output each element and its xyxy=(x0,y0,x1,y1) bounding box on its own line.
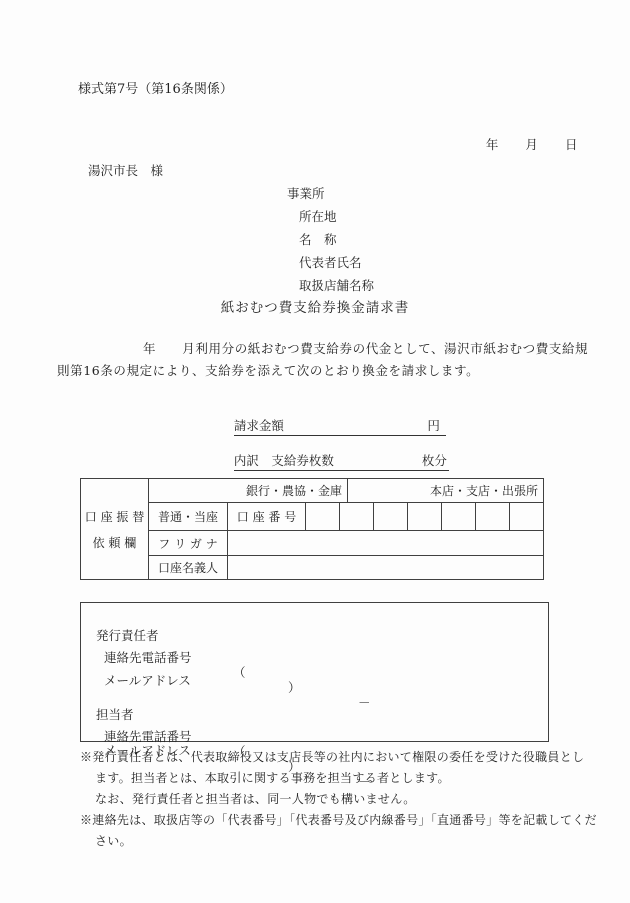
holder-row: 口座名義人 xyxy=(149,555,543,579)
claim-breakdown-label: 内訳 支給券枚数 xyxy=(234,453,334,469)
body-line-1: 年 月利用分の紙おむつ費支給券の代金として、湯沢市紙おむつ費支給規 xyxy=(143,341,588,357)
document-title: 紙おむつ費支給券換金請求書 xyxy=(0,300,630,317)
account-digit-cell xyxy=(339,503,373,530)
account-number-label-cell: 口 座 番 号 xyxy=(227,503,305,530)
account-table-left-header: 口 座 振 替 依 頼 欄 xyxy=(81,479,149,579)
account-number-row: 普通・当座 口 座 番 号 xyxy=(149,502,543,530)
account-type-cell: 普通・当座 xyxy=(149,503,227,530)
claim-amount-label: 請求金額 xyxy=(234,418,284,434)
contact-box: 発行責任者 連絡先電話番号 （ ） － メールアドレス 担当者 連絡先電話番号 … xyxy=(80,602,549,742)
holder-label-cell: 口座名義人 xyxy=(149,556,227,579)
note-line: さい。 xyxy=(95,834,132,849)
account-transfer-table: 口 座 振 替 依 頼 欄 銀行・農協・金庫 本店・支店・出張所 普通・当座 口… xyxy=(80,478,544,580)
issuer-email-line: メールアドレス xyxy=(81,656,548,672)
note-line: ※発行責任者とは、代表取締役又は支店長等の社内において権限の委任を受けた役職員と… xyxy=(80,750,584,765)
account-digit-cell xyxy=(306,503,339,530)
furigana-input-cell xyxy=(227,531,543,555)
account-digit-cell xyxy=(373,503,407,530)
account-digit-cell xyxy=(441,503,475,530)
furigana-label-cell: フ リ ガ ナ xyxy=(149,531,227,555)
note-line: なお、発行責任者と担当者は、同一人物でも構いません。 xyxy=(95,792,416,807)
document-page: 様式第7号（第16条関係） 年月日 湯沢市長 様 事業所 所在地 名 称 代表者… xyxy=(0,0,630,903)
furigana-row: フ リ ガ ナ xyxy=(149,530,543,555)
claim-amount-unit: 円 xyxy=(427,418,440,434)
date-month-label: 月 xyxy=(525,137,538,153)
holder-input-cell xyxy=(227,556,543,579)
issuer-phone-line: 連絡先電話番号 （ ） － xyxy=(81,633,548,649)
addressee: 湯沢市長 様 xyxy=(88,163,163,179)
date-day-label: 日 xyxy=(565,137,578,153)
note-line: ※連絡先は、取扱店等の「代表番号」「代表番号及び内線番号」「直通番号」等を記載し… xyxy=(80,813,597,828)
staff-title-line: 担当者 xyxy=(81,690,548,706)
account-table-body: 銀行・農協・金庫 本店・支店・出張所 普通・当座 口 座 番 号 フ リ ガ ナ xyxy=(149,479,543,579)
issuer-title-line: 発行責任者 xyxy=(81,611,548,627)
account-number-digit-cells xyxy=(305,503,543,530)
issuer-email-label: メールアドレス xyxy=(104,671,191,689)
business-name-label: 名 称 xyxy=(299,232,337,248)
business-office-label: 事業所 xyxy=(287,186,325,202)
bank-header-row: 銀行・農協・金庫 本店・支店・出張所 xyxy=(149,479,543,502)
business-store-label: 取扱店舗名称 xyxy=(299,278,374,294)
form-number: 様式第7号（第16条関係） xyxy=(78,82,233,98)
account-digit-cell xyxy=(509,503,543,530)
body-line-2: 則第16条の規定により、支給券を添えて次のとおり換金を請求します。 xyxy=(57,363,479,379)
claim-breakdown-unit: 枚分 xyxy=(422,453,447,469)
date-year-label: 年 xyxy=(486,137,499,153)
business-address-label: 所在地 xyxy=(299,209,337,225)
business-representative-label: 代表者氏名 xyxy=(299,255,362,271)
account-digit-cell xyxy=(475,503,509,530)
note-line: ます。担当者とは、本取引に関する事務を担当する者とします。 xyxy=(95,771,450,786)
left-header-line2: 依 頼 欄 xyxy=(93,534,137,551)
staff-email-line: メールアドレス xyxy=(81,726,548,742)
bank-header-cell: 銀行・農協・金庫 xyxy=(149,479,347,502)
left-header-line1: 口 座 振 替 xyxy=(85,508,144,525)
branch-header-cell: 本店・支店・出張所 xyxy=(347,479,543,502)
date-line: 年月日 xyxy=(470,121,577,168)
account-digit-cell xyxy=(407,503,441,530)
